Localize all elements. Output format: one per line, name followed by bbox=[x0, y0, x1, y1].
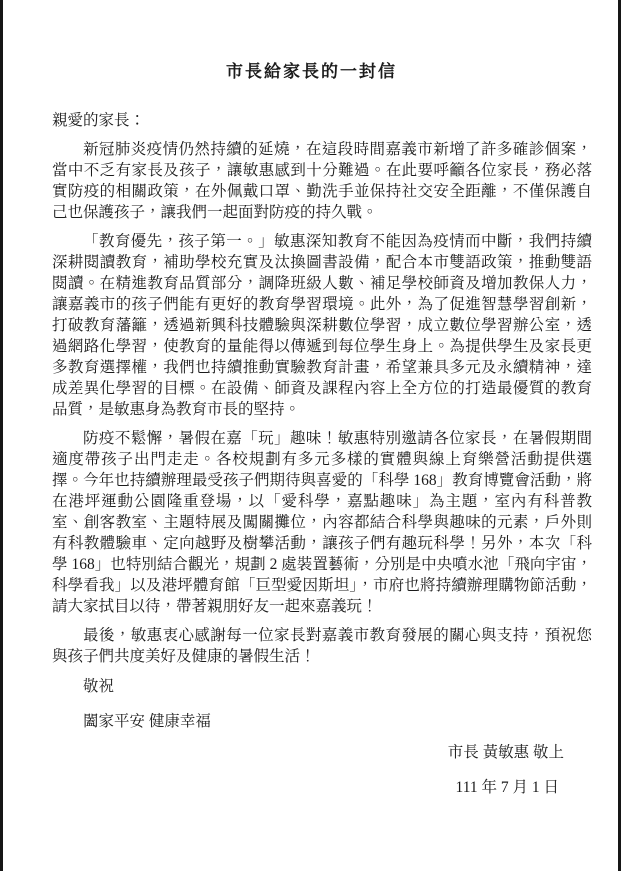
letter-date: 111 年 7 月 1 日 bbox=[52, 777, 592, 798]
scan-edge-right bbox=[618, 0, 621, 871]
letter-closing-respect: 敬祝 bbox=[52, 676, 592, 697]
letter-closing-blessing: 闔家平安 健康幸福 bbox=[52, 711, 592, 732]
letter-paragraph-summer-activities: 防疫不鬆懈，暑假在嘉「玩」趣味！敏惠特別邀請各位家長，在暑假期間適度帶孩子出門走… bbox=[52, 428, 592, 617]
letter-content: 市長給家長的一封信 親愛的家長： 新冠肺炎疫情仍然持續的延燒，在這段時間嘉義市新… bbox=[52, 60, 592, 798]
scan-edge-left bbox=[0, 0, 3, 871]
letter-paragraph-covid: 新冠肺炎疫情仍然持續的延燒，在這段時間嘉義市新增了許多確診個案，當中不乏有家長及… bbox=[52, 139, 592, 223]
letter-salutation: 親愛的家長： bbox=[52, 110, 592, 131]
letter-signature: 市長 黃敏惠 敬上 bbox=[52, 742, 592, 763]
scanned-letter-page: 市長給家長的一封信 親愛的家長： 新冠肺炎疫情仍然持續的延燒，在這段時間嘉義市新… bbox=[0, 0, 623, 871]
letter-title: 市長給家長的一封信 bbox=[31, 60, 592, 84]
letter-paragraph-education: 「教育優先，孩子第一。」敏惠深知教育不能因為疫情而中斷，我們持續深耕閱讀教育，補… bbox=[52, 231, 592, 420]
letter-paragraph-thanks: 最後，敏惠衷心感謝每一位家長對嘉義市教育發展的關心與支持，預祝您與孩子們共度美好… bbox=[52, 625, 592, 667]
